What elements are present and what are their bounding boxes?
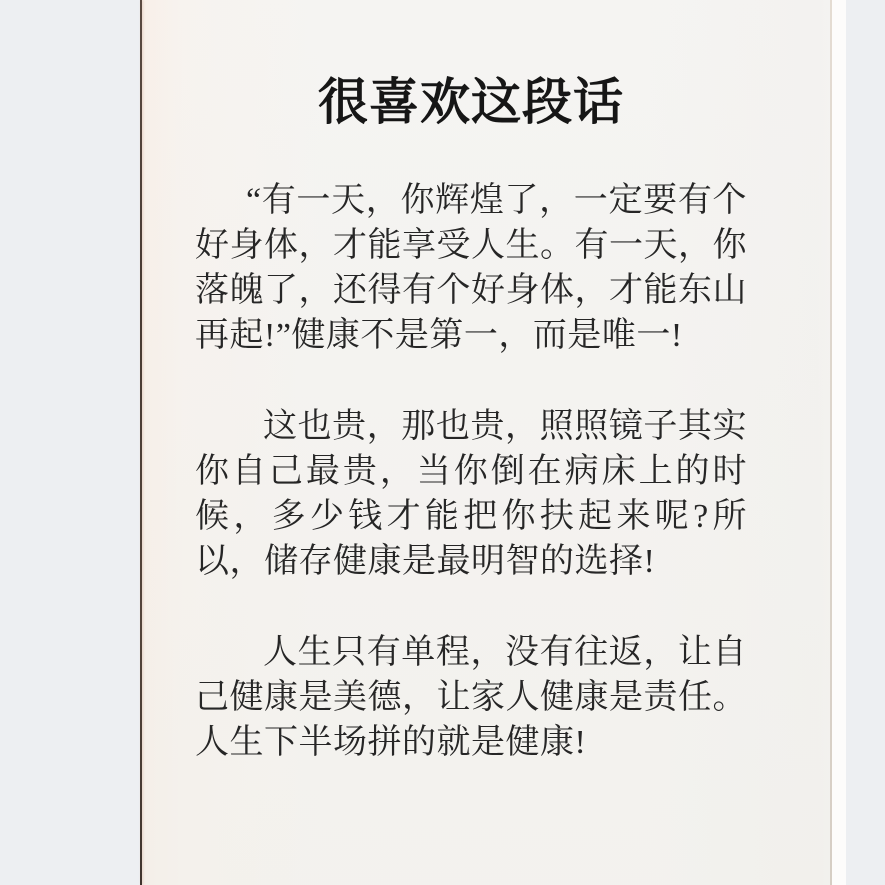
page-title: 很喜欢这段话 xyxy=(195,74,747,132)
photo-background: 很喜欢这段话 “有一天，你辉煌了，一定要有个好身体，才能享受人生。有一天，你落魄… xyxy=(0,0,885,885)
page-right-edge xyxy=(832,0,846,885)
paragraph-quote-health: “有一天，你辉煌了，一定要有个好身体，才能享受人生。有一天，你落魄了，还得有个好… xyxy=(195,178,747,358)
book-page: 很喜欢这段话 “有一天，你辉煌了，一定要有个好身体，才能享受人生。有一天，你落魄… xyxy=(140,0,846,885)
page-spine-crease xyxy=(140,0,142,885)
text-column: 很喜欢这段话 “有一天，你辉煌了，一定要有个好身体，才能享受人生。有一天，你落魄… xyxy=(195,0,747,811)
paragraph-one-way-life: 人生只有单程，没有往返，让自己健康是美德，让家人健康是责任。人生下半场拼的就是健… xyxy=(195,630,747,765)
paragraph-value-of-self: 这也贵，那也贵，照照镜子其实你自己最贵，当你倒在病床上的时候，多少钱才能把你扶起… xyxy=(195,404,747,584)
